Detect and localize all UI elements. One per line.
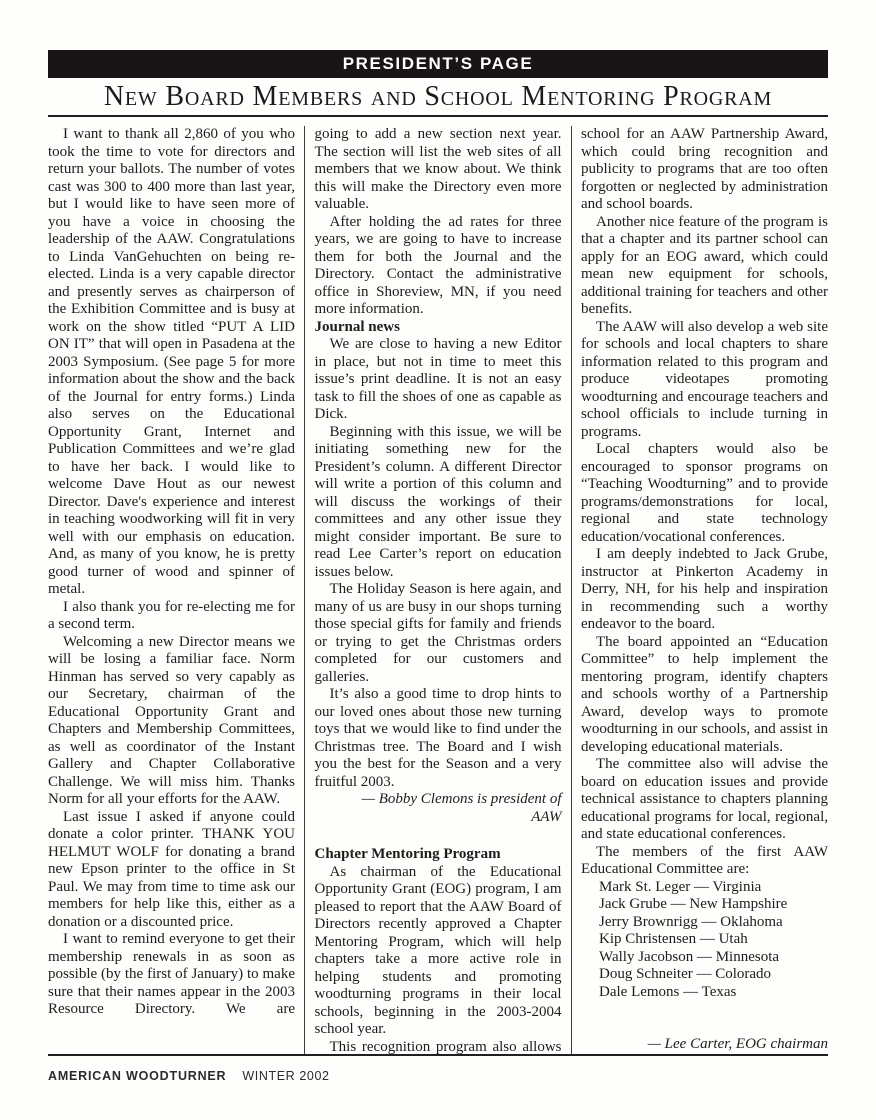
paragraph: I also thank you for re-electing me for … (48, 599, 295, 634)
paragraph: We are close to having a new Editor in p… (315, 336, 562, 424)
paragraph: I want to remind everyone to get their m… (48, 931, 295, 1019)
magazine-page: PRESIDENT’S PAGE New Board Members and S… (0, 0, 876, 1120)
issue-label: WINTER 2002 (242, 1069, 329, 1083)
article-body: I want to thank all 2,860 of you who too… (48, 126, 828, 1054)
footer-rule (48, 1054, 828, 1056)
paragraph: Last issue I asked if anyone could donat… (48, 809, 295, 932)
committee-member: Wally Jacobson — Minnesota (581, 949, 828, 967)
paragraph: The AAW will also develop a web site for… (581, 319, 828, 442)
page-footer: AMERICAN WOODTURNERWINTER 2002 (48, 1069, 828, 1083)
paragraph: Beginning with this issue, we will be in… (315, 424, 562, 582)
heading-journal-news: Journal news (315, 319, 562, 337)
paragraph: I am deeply indebted to Jack Grube, inst… (581, 546, 828, 634)
committee-member: Mark St. Leger — Virginia (581, 879, 828, 897)
heading-chapter-mentoring-program: Chapter Mentoring Program (315, 846, 562, 864)
paragraph: Another nice feature of the program is t… (581, 214, 828, 319)
paragraph: school for an AAW Partnership Award, whi… (581, 126, 828, 214)
page-title: New Board Members and School Mentoring P… (48, 81, 828, 113)
paragraph: After holding the ad rates for three yea… (315, 214, 562, 319)
committee-member: Jerry Brownrigg — Oklahoma (581, 914, 828, 932)
committee-member: Jack Grube — New Hampshire (581, 896, 828, 914)
byline-president: — Bobby Clemons is president of AAW (315, 791, 562, 826)
magazine-name: AMERICAN WOODTURNER (48, 1069, 226, 1083)
paragraph: I want to thank all 2,860 of you who too… (48, 126, 295, 599)
paragraph: The board appointed an “Education Commit… (581, 634, 828, 757)
byline-eog-chairman: — Lee Carter, EOG chairman (581, 1036, 828, 1054)
column-divider (571, 126, 572, 1054)
title-rule (48, 115, 828, 117)
section-banner-label: PRESIDENT’S PAGE (343, 54, 534, 74)
paragraph: The committee also will advise the board… (581, 756, 828, 844)
committee-member: Kip Christensen — Utah (581, 931, 828, 949)
paragraph: going to add a new section next year. Th… (315, 126, 562, 214)
section-banner: PRESIDENT’S PAGE (48, 50, 828, 78)
paragraph: Welcoming a new Director means we will b… (48, 634, 295, 809)
paragraph: The Holiday Season is here again, and ma… (315, 581, 562, 686)
paragraph: The members of the first AAW Educational… (581, 844, 828, 879)
column-divider (304, 126, 305, 1054)
committee-member: Doug Schneiter — Colorado (581, 966, 828, 984)
committee-member: Dale Lemons — Texas (581, 984, 828, 1002)
column-2: going to add a new section next year. Th… (315, 126, 562, 1054)
column-1: I want to thank all 2,860 of you who too… (48, 126, 295, 1054)
paragraph: Local chapters would also be encouraged … (581, 441, 828, 546)
column-3: school for an AAW Partnership Award, whi… (581, 126, 828, 1054)
paragraph: It’s also a good time to drop hints to o… (315, 686, 562, 791)
paragraph: As chairman of the Educational Opportuni… (315, 864, 562, 1039)
paragraph: This recognition program also allows loc… (315, 1039, 562, 1055)
